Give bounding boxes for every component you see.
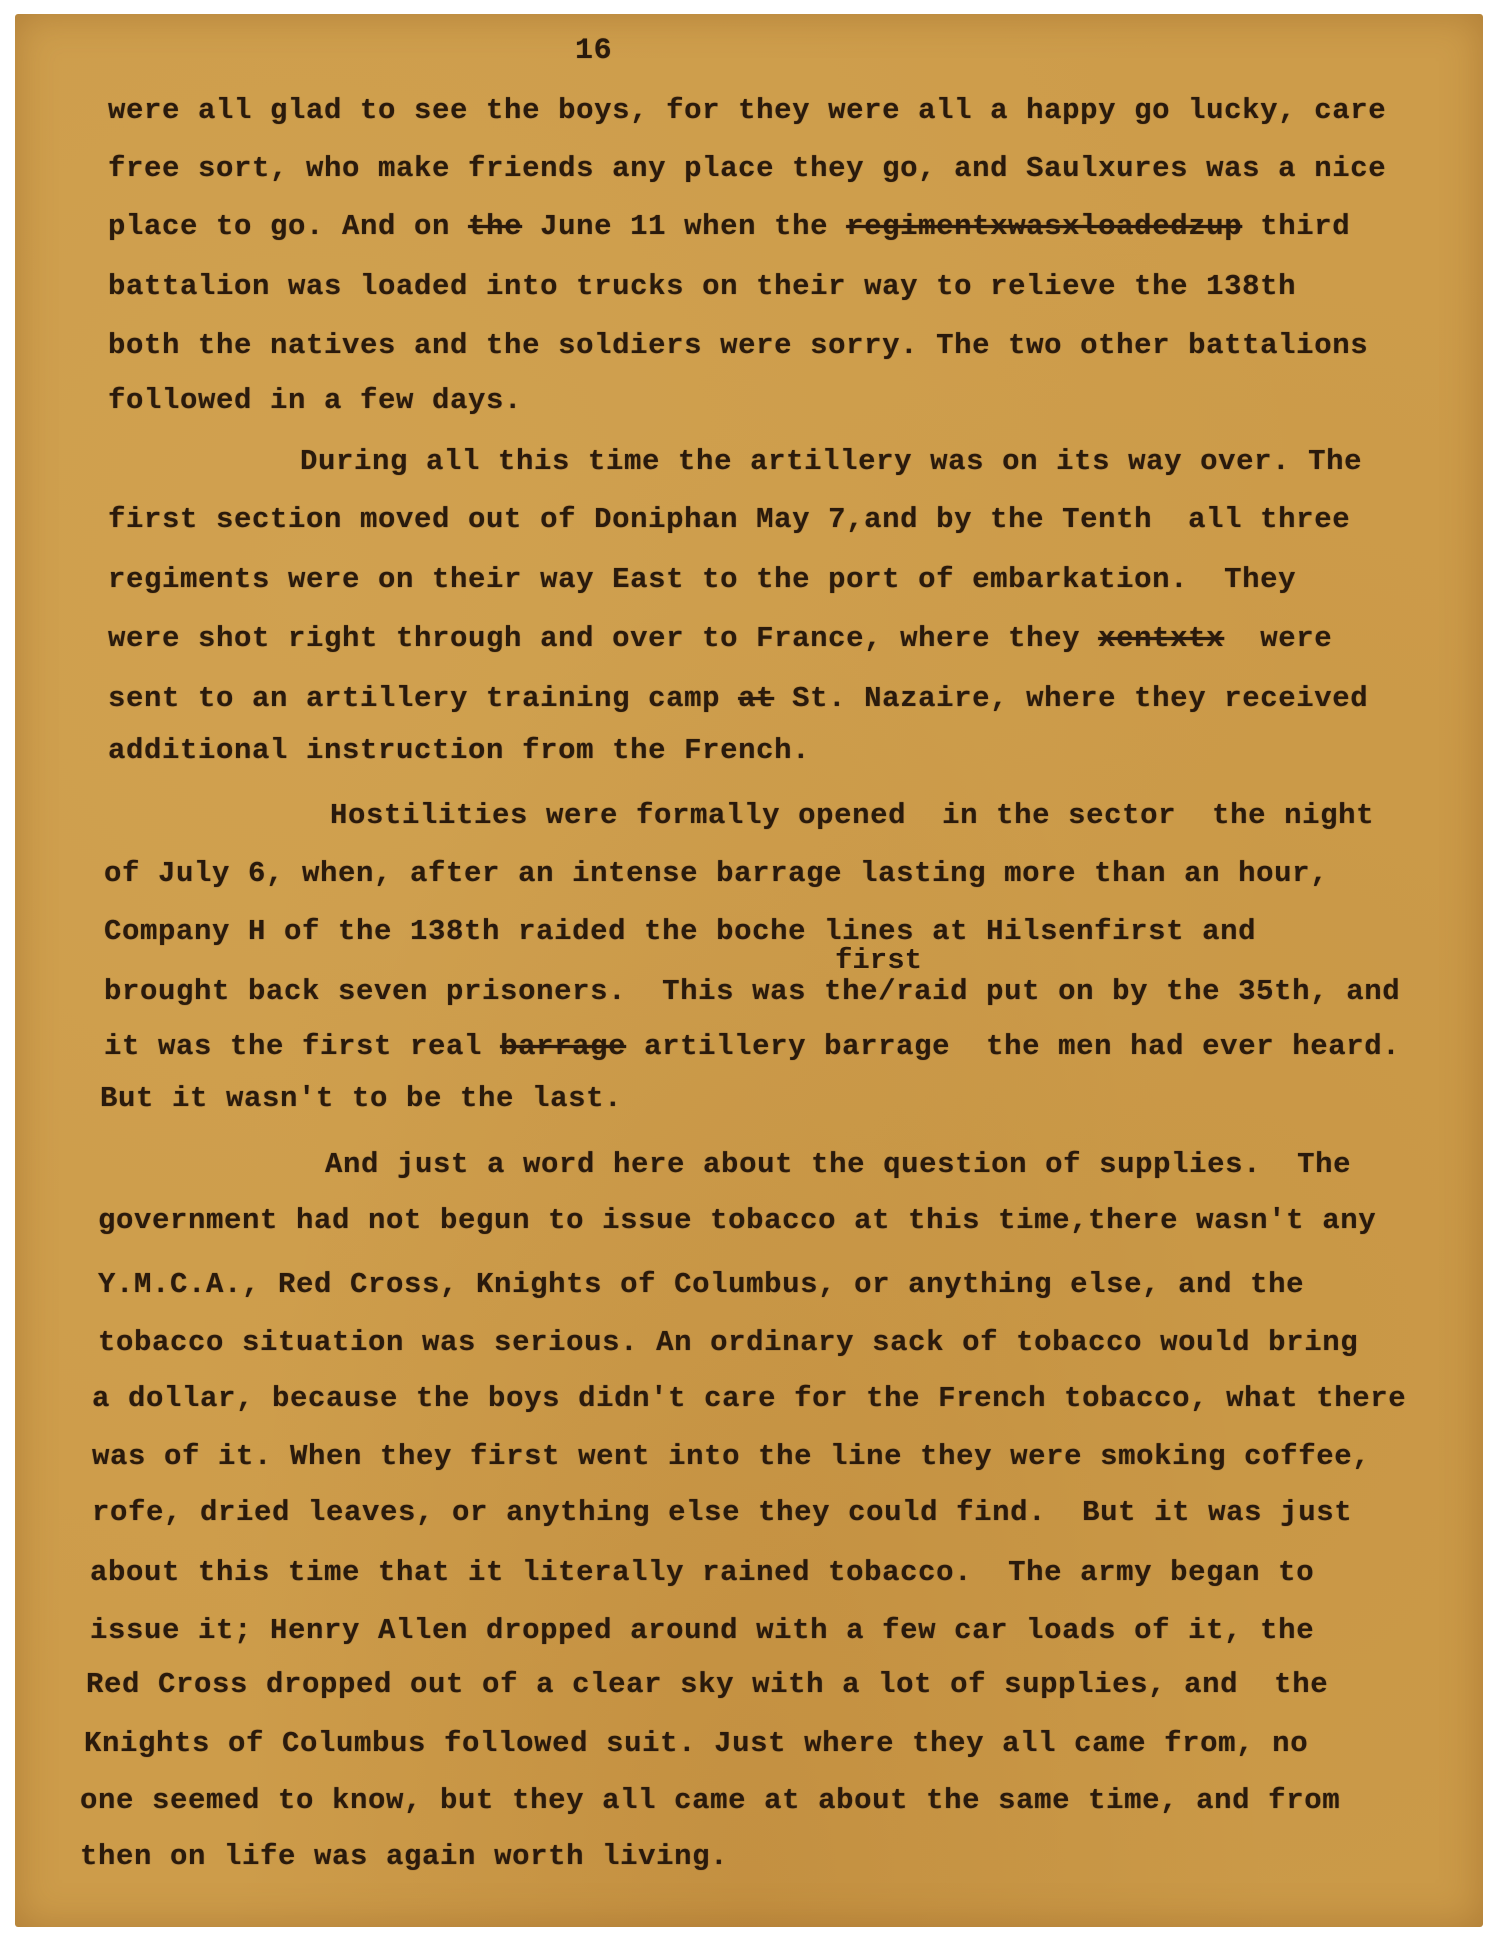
text-line: first section moved out of Doniphan May … (108, 503, 1350, 537)
handwritten-insertion: first (835, 944, 922, 978)
text-line: were all glad to see the boys, for they … (108, 94, 1386, 128)
text-line: But it wasn't to be the last. (100, 1082, 622, 1116)
text-line: government had not begun to issue tobacc… (98, 1204, 1376, 1238)
text-line-with-strikeout: place to go. And on the June 11 when the… (108, 210, 1350, 244)
text-line: about this time that it literally rained… (90, 1556, 1314, 1590)
text-line: followed in a few days. (108, 384, 522, 418)
text-line: tobacco situation was serious. An ordina… (98, 1326, 1358, 1360)
struck-text: regimentxwasxloadedzup (846, 210, 1242, 243)
text-line-with-strikeout: sent to an artillery training camp at St… (108, 682, 1368, 716)
text-line: Red Cross dropped out of a clear sky wit… (86, 1668, 1328, 1702)
text-line: issue it; Henry Allen dropped around wit… (90, 1614, 1314, 1648)
text-line: battalion was loaded into trucks on thei… (108, 270, 1296, 304)
text-line: then on life was again worth living. (80, 1840, 728, 1874)
struck-text: barrage (500, 1030, 626, 1063)
text-line: free sort, who make friends any place th… (108, 152, 1386, 186)
text-line: Company H of the 138th raided the boche … (104, 915, 1256, 949)
text-line: both the natives and the soldiers were s… (108, 329, 1368, 363)
text-line: Y.M.C.A., Red Cross, Knights of Columbus… (98, 1268, 1304, 1302)
text-line-with-strikeout: it was the first real barrage artillery … (104, 1030, 1400, 1064)
text-line: brought back seven prisoners. This was t… (104, 975, 1400, 1009)
page-number: 16 (575, 34, 612, 68)
text-line: a dollar, because the boys didn't care f… (92, 1382, 1406, 1416)
text-line: additional instruction from the French. (108, 734, 810, 768)
struck-text: at (738, 682, 774, 715)
text-line: And just a word here about the question … (325, 1148, 1351, 1182)
text-line: rofe, dried leaves, or anything else the… (92, 1496, 1352, 1530)
text-line: of July 6, when, after an intense barrag… (104, 857, 1328, 891)
text-line: one seemed to know, but they all came at… (80, 1784, 1340, 1818)
text-line-with-strikeout: were shot right through and over to Fran… (108, 622, 1332, 656)
text-line: regiments were on their way East to the … (108, 563, 1296, 597)
text-line: Hostilities were formally opened in the … (330, 799, 1374, 833)
text-line: Knights of Columbus followed suit. Just … (84, 1727, 1308, 1761)
struck-text: xentxtx (1098, 622, 1224, 655)
struck-text: the (468, 210, 522, 243)
text-line: was of it. When they first went into the… (92, 1440, 1370, 1474)
text-line: During all this time the artillery was o… (300, 445, 1362, 479)
